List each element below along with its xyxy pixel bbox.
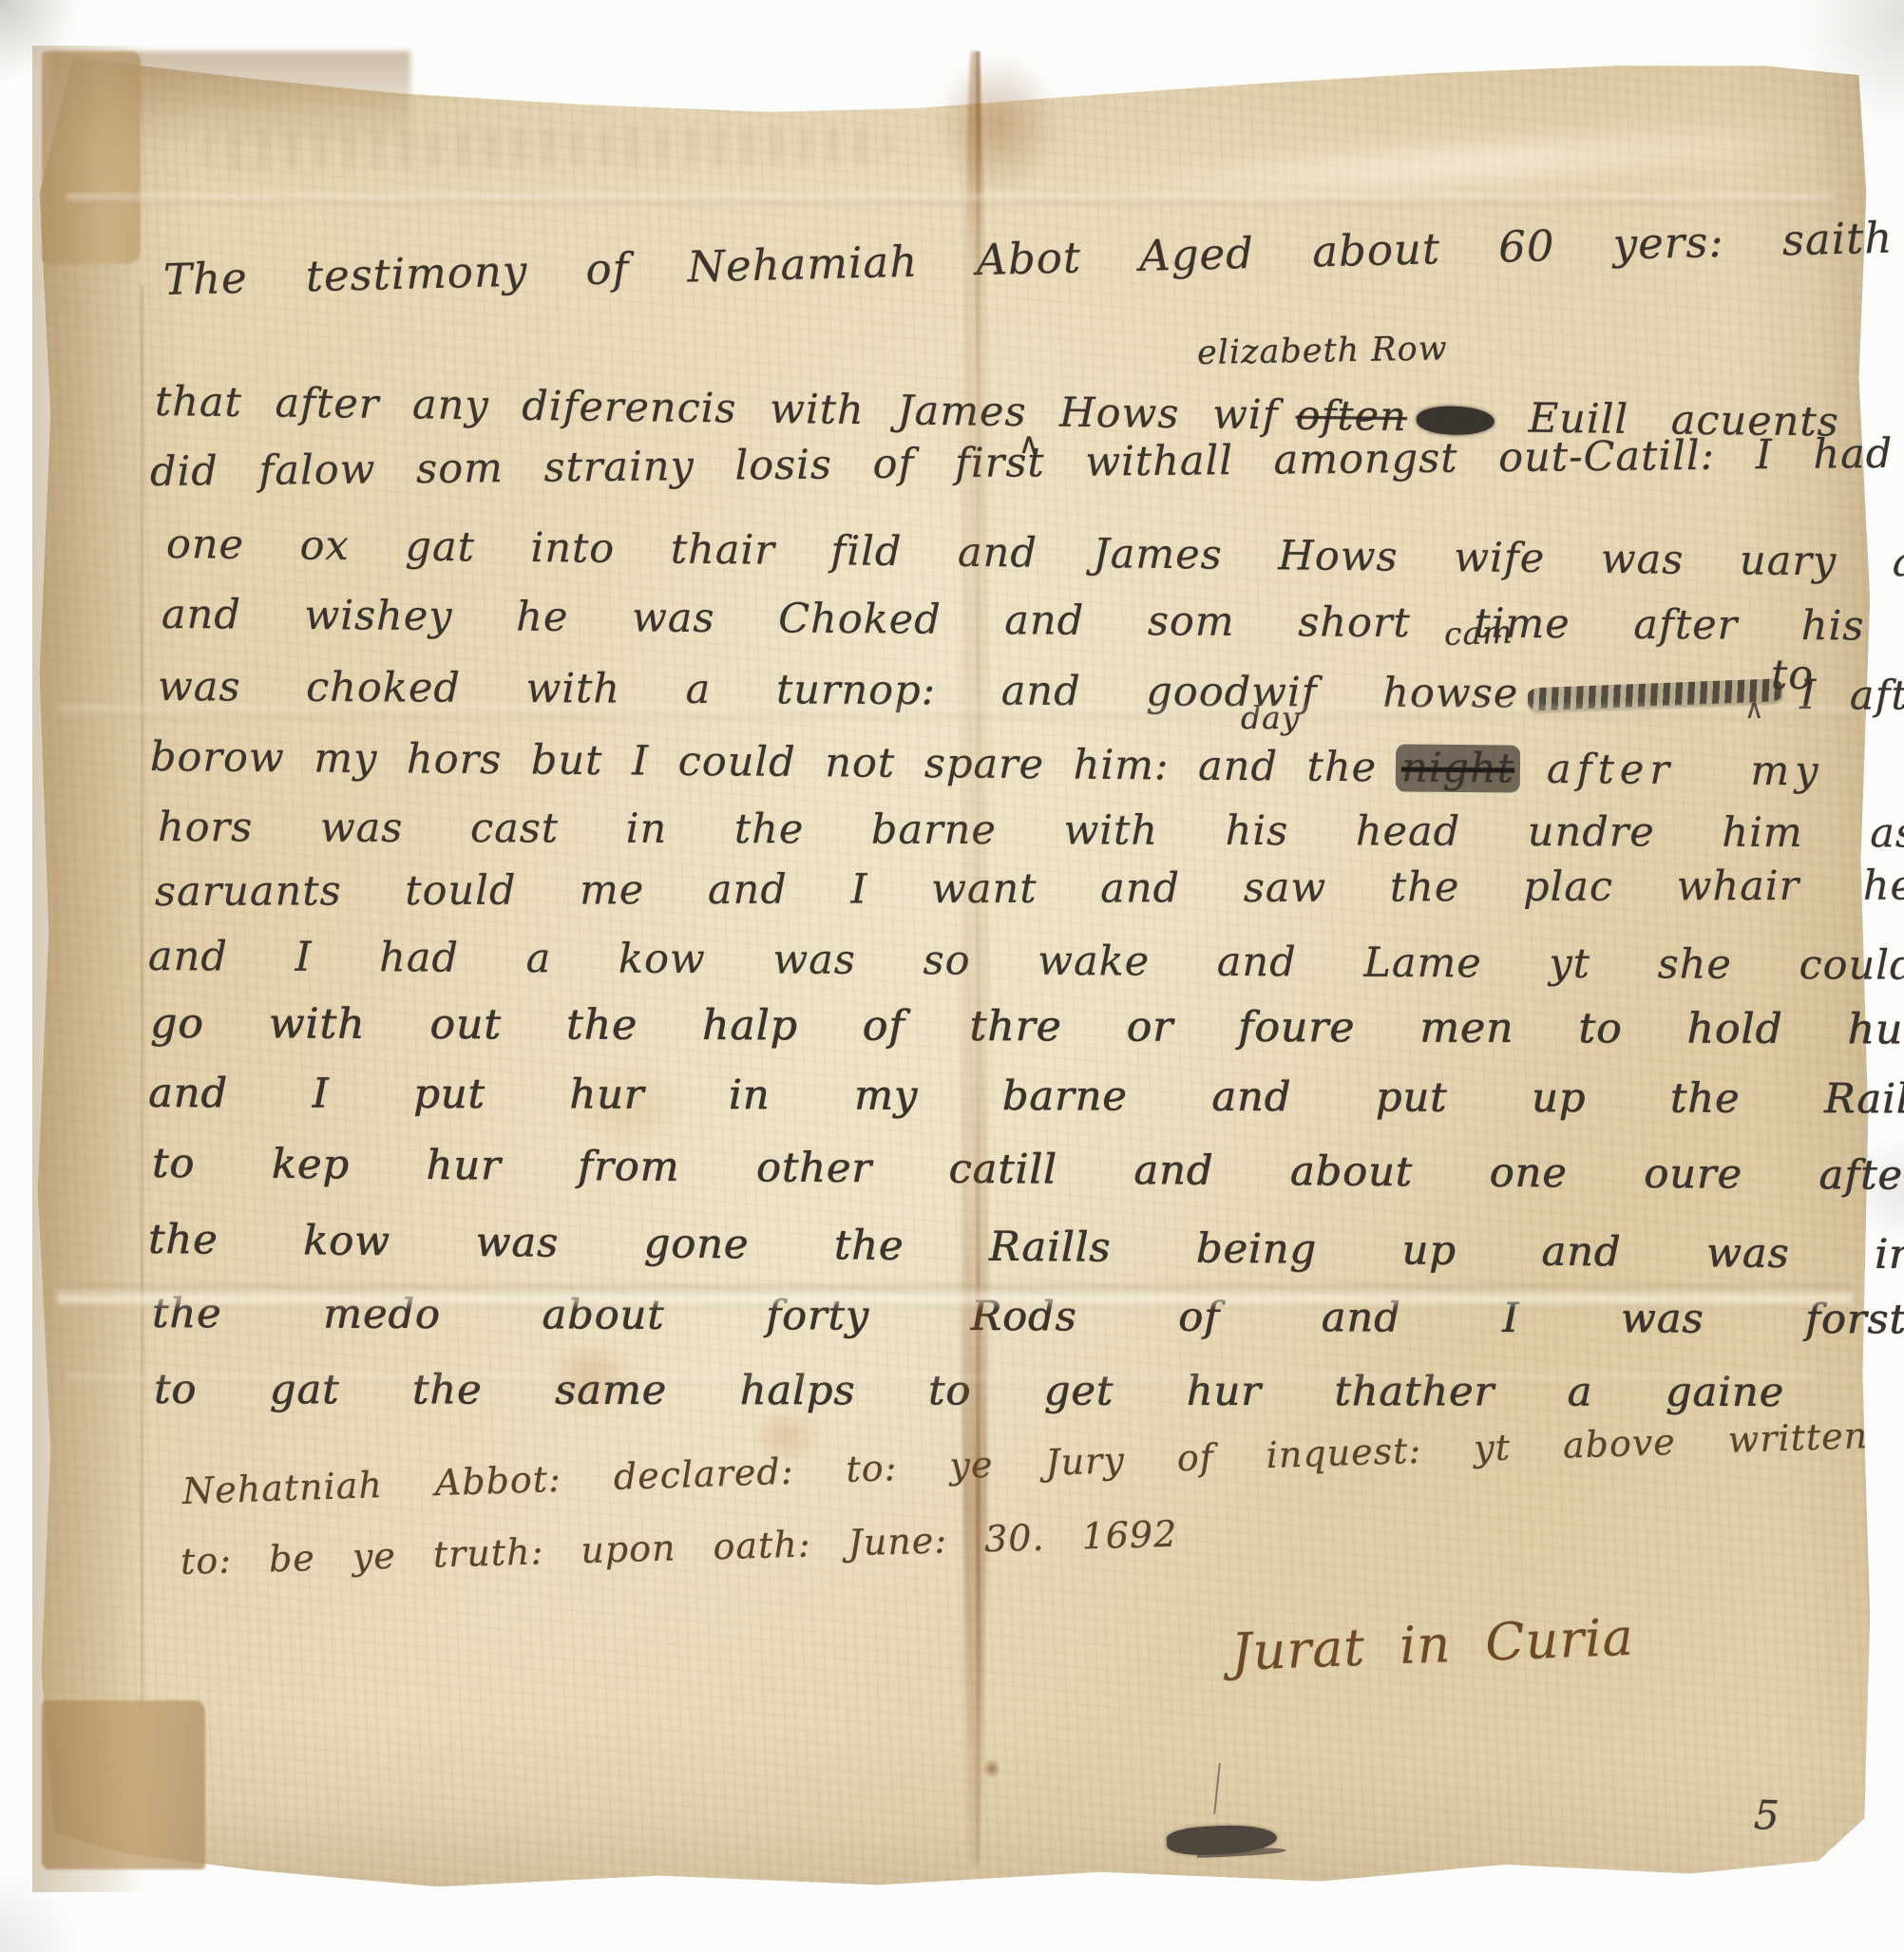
manuscript-line-9: saruants tould me and I want and saw the… bbox=[155, 862, 1904, 916]
caret-mark: ∧ bbox=[1019, 427, 1040, 461]
interline-insertion-cam: cam bbox=[1443, 613, 1514, 653]
manuscript-line-6: was choked with a turnop: and goodwif ho… bbox=[158, 663, 1904, 720]
line-6-text: was choked with a turnop: and goodwif ho… bbox=[158, 663, 1518, 717]
manuscript-line-8: hors was cast in the barne with his head… bbox=[158, 804, 1904, 858]
ink-blot bbox=[1417, 406, 1495, 435]
caret-mark: ∧ bbox=[1744, 693, 1765, 725]
line-7-text-after: after my bbox=[1547, 746, 1824, 796]
interline-insertion-to: to bbox=[1771, 652, 1814, 699]
manuscript-line-12: and I put hur in my barne and put up the… bbox=[148, 1070, 1904, 1124]
interline-insertion-day: day bbox=[1241, 699, 1300, 736]
struck-word: often bbox=[1295, 392, 1407, 441]
manuscript-line-15: the medo about forty Rods of and I was f… bbox=[152, 1290, 1904, 1343]
manuscript-line-10: and I had a kow was so wake and Lame yt … bbox=[148, 933, 1904, 991]
manuscript-line-16: to gat the same halps to get hur thather… bbox=[154, 1366, 1784, 1416]
struck-word-night: night bbox=[1396, 744, 1520, 792]
interline-insertion-elizabeth-row: elizabeth Row bbox=[1197, 330, 1448, 372]
line-6-text-after: I after bbox=[1799, 672, 1904, 720]
page-number: 5 bbox=[1753, 1791, 1780, 1839]
manuscript-line-11: go with out the halp of thre or foure me… bbox=[150, 999, 1904, 1054]
scanned-document: The testimony of Nehamiah Abot Aged abou… bbox=[0, 0, 1904, 1952]
